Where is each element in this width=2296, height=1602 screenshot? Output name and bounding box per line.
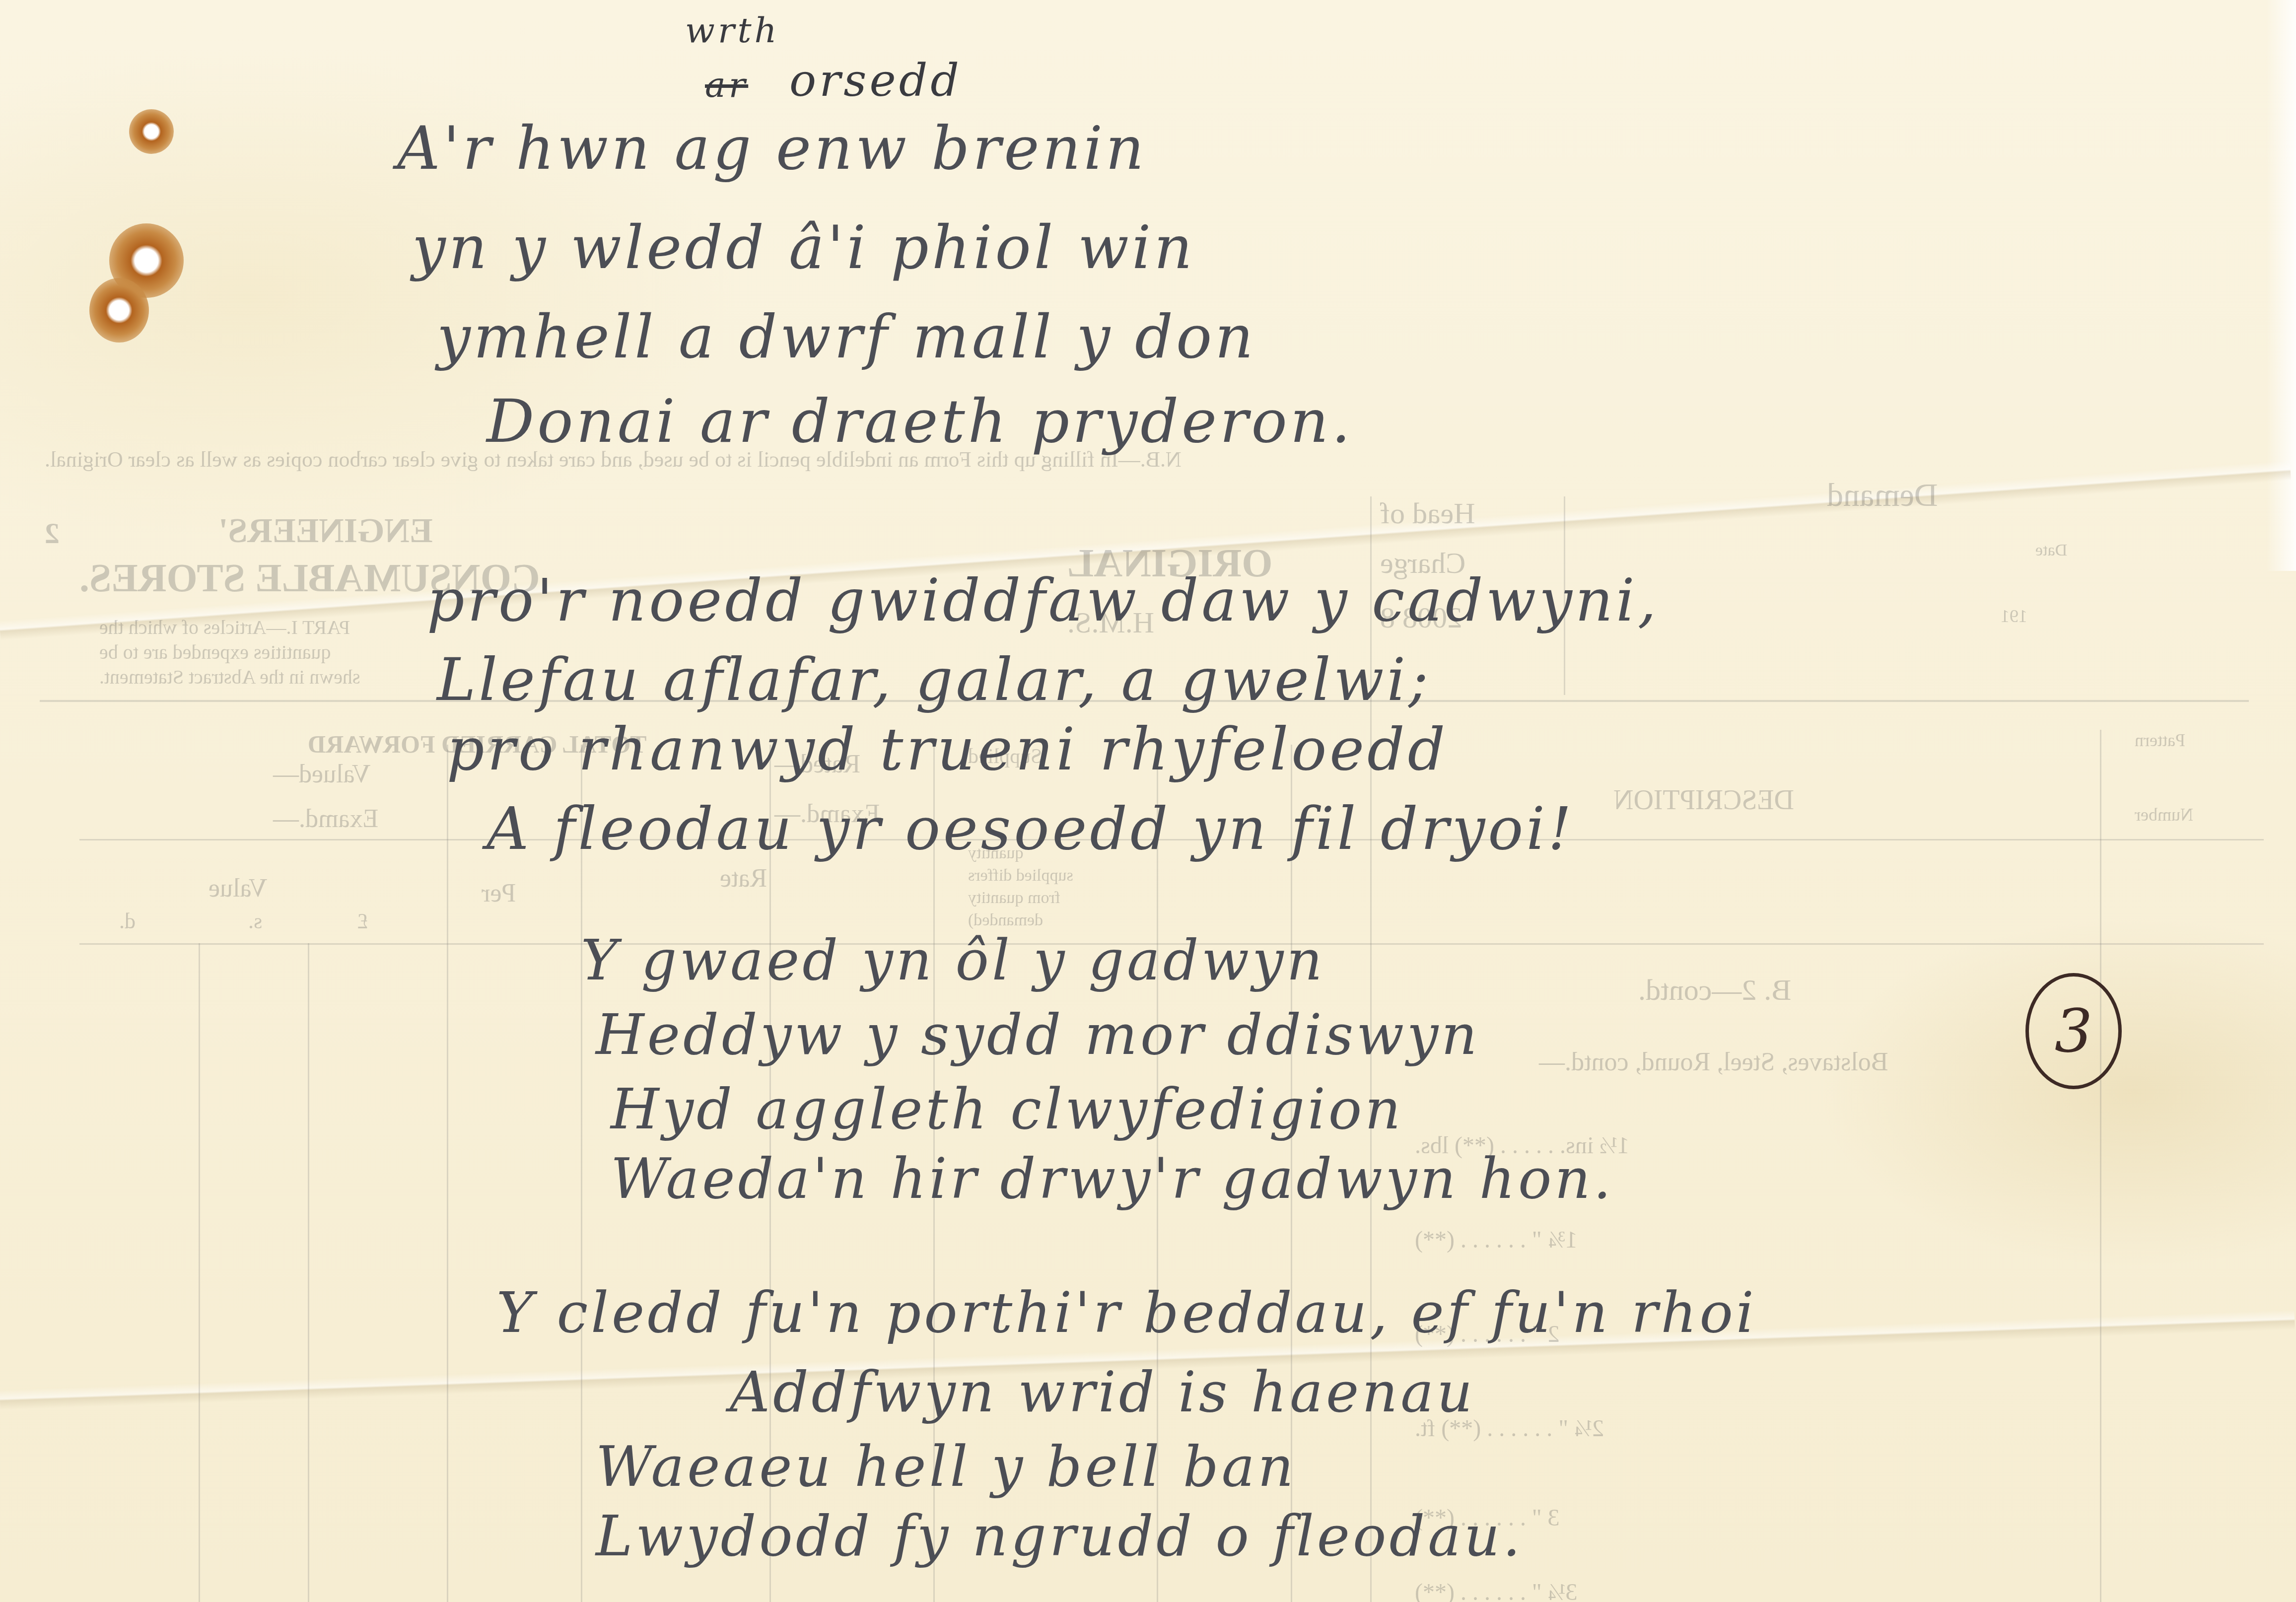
- insertion-wrth: wrth: [685, 10, 780, 51]
- struck-word-ar: ar: [705, 65, 748, 105]
- stanza4-line1: Y cledd fu'n porthi'r beddau, ef fu'n rh…: [496, 1281, 1757, 1345]
- page-number-circle: 3: [2025, 973, 2122, 1089]
- col-pound: £: [357, 908, 368, 934]
- part-note-3: shewn in the Abstract Statement.: [99, 665, 360, 689]
- torn-right-edge: [2266, 0, 2296, 571]
- stanza2-line4: A fleodau yr oesoedd yn fil dryoi!: [487, 794, 1575, 863]
- stanza3-line4: Waeda'n hir drwy'r gadwyn hon.: [611, 1147, 1614, 1211]
- item-heading: Bolstaves, Steel, Round, contd.—: [1539, 1047, 1888, 1077]
- stanza4-line2: Addfwyn wrid is haenau: [730, 1360, 1475, 1425]
- stanza1-line2: yn y wledd â'i phiol win: [412, 213, 1195, 282]
- rust-stain-3: [89, 278, 149, 343]
- form-col-1: [199, 943, 200, 1602]
- stanza1-line3: ymhell a dwrf mall y don: [437, 303, 1256, 372]
- col-description: DESCRIPTION: [1613, 784, 1794, 816]
- stanza2-line3: pro rhanwyd trueni rhyfeloedd: [447, 715, 1448, 783]
- word-orsedd: orsedd: [789, 55, 962, 107]
- col-pattern: Pattern: [2135, 730, 2185, 751]
- stanza2-line2: Llefau aflafar, galar, a gwelwi;: [437, 645, 1431, 714]
- stanza2-line1: pro'r noedd gwiddfaw daw y cadwyni,: [427, 566, 1659, 634]
- form-col-4: [581, 745, 582, 1602]
- col-valued: Valued—: [273, 760, 370, 789]
- part-note-2: quantities expended are to be: [99, 640, 331, 664]
- demand-label: Demand: [1827, 477, 1938, 514]
- col-shilling: s.: [248, 908, 262, 934]
- col-pence: d.: [119, 908, 136, 934]
- stanza3-line3: Hyd aggleth clwyfedigion: [611, 1077, 1403, 1142]
- col-supplied-note-4: demanded): [968, 911, 1043, 930]
- form-title-line1: ENGINEERS': [218, 511, 433, 551]
- col-rate: Rate: [720, 864, 767, 893]
- item-row-2: 1¾ " . . . . . . (**): [1415, 1226, 1578, 1254]
- rust-stain-1: [129, 109, 174, 154]
- item-row-6: 3¼ " . . . . . . (**): [1415, 1579, 1578, 1602]
- stanza4-line3: Waeaeu hell y bell ban: [596, 1435, 1297, 1499]
- col-supplied-note-3: from quantity: [968, 889, 1060, 907]
- form-col-11: [2100, 730, 2101, 1602]
- page-number: 3: [2055, 997, 2092, 1066]
- stanza1-line4: Donai ar draeth pryderon.: [487, 387, 1353, 456]
- head-of-label: Head of: [1380, 496, 1475, 531]
- col-examd: Examd.—: [273, 804, 378, 834]
- col-per: Per: [482, 879, 516, 908]
- stanza3-line1: Y gwaed yn ôl y gadwyn: [581, 928, 1325, 993]
- stanza1-line1: A'r hwn ag enw brenin: [397, 114, 1147, 183]
- col-value: Value: [209, 874, 267, 903]
- section-label: B. 2—contd.: [1638, 973, 1791, 1007]
- date-label: Date: [2035, 541, 2067, 560]
- form-number: 2: [45, 516, 60, 551]
- stanza4-line4: Lwydodd fy ngrudd o fleodau.: [596, 1504, 1524, 1569]
- part-note-1: PART I.—Articles of which the: [99, 616, 350, 639]
- form-col-3: [447, 745, 448, 1602]
- year-label: 191: [2001, 606, 2027, 627]
- form-col-2: [308, 943, 309, 1602]
- col-number: Number: [2135, 804, 2193, 825]
- stanza3-line2: Heddyw y sydd mor ddiswyn: [596, 1003, 1480, 1067]
- col-supplied-note-2: supplied differs: [968, 866, 1073, 885]
